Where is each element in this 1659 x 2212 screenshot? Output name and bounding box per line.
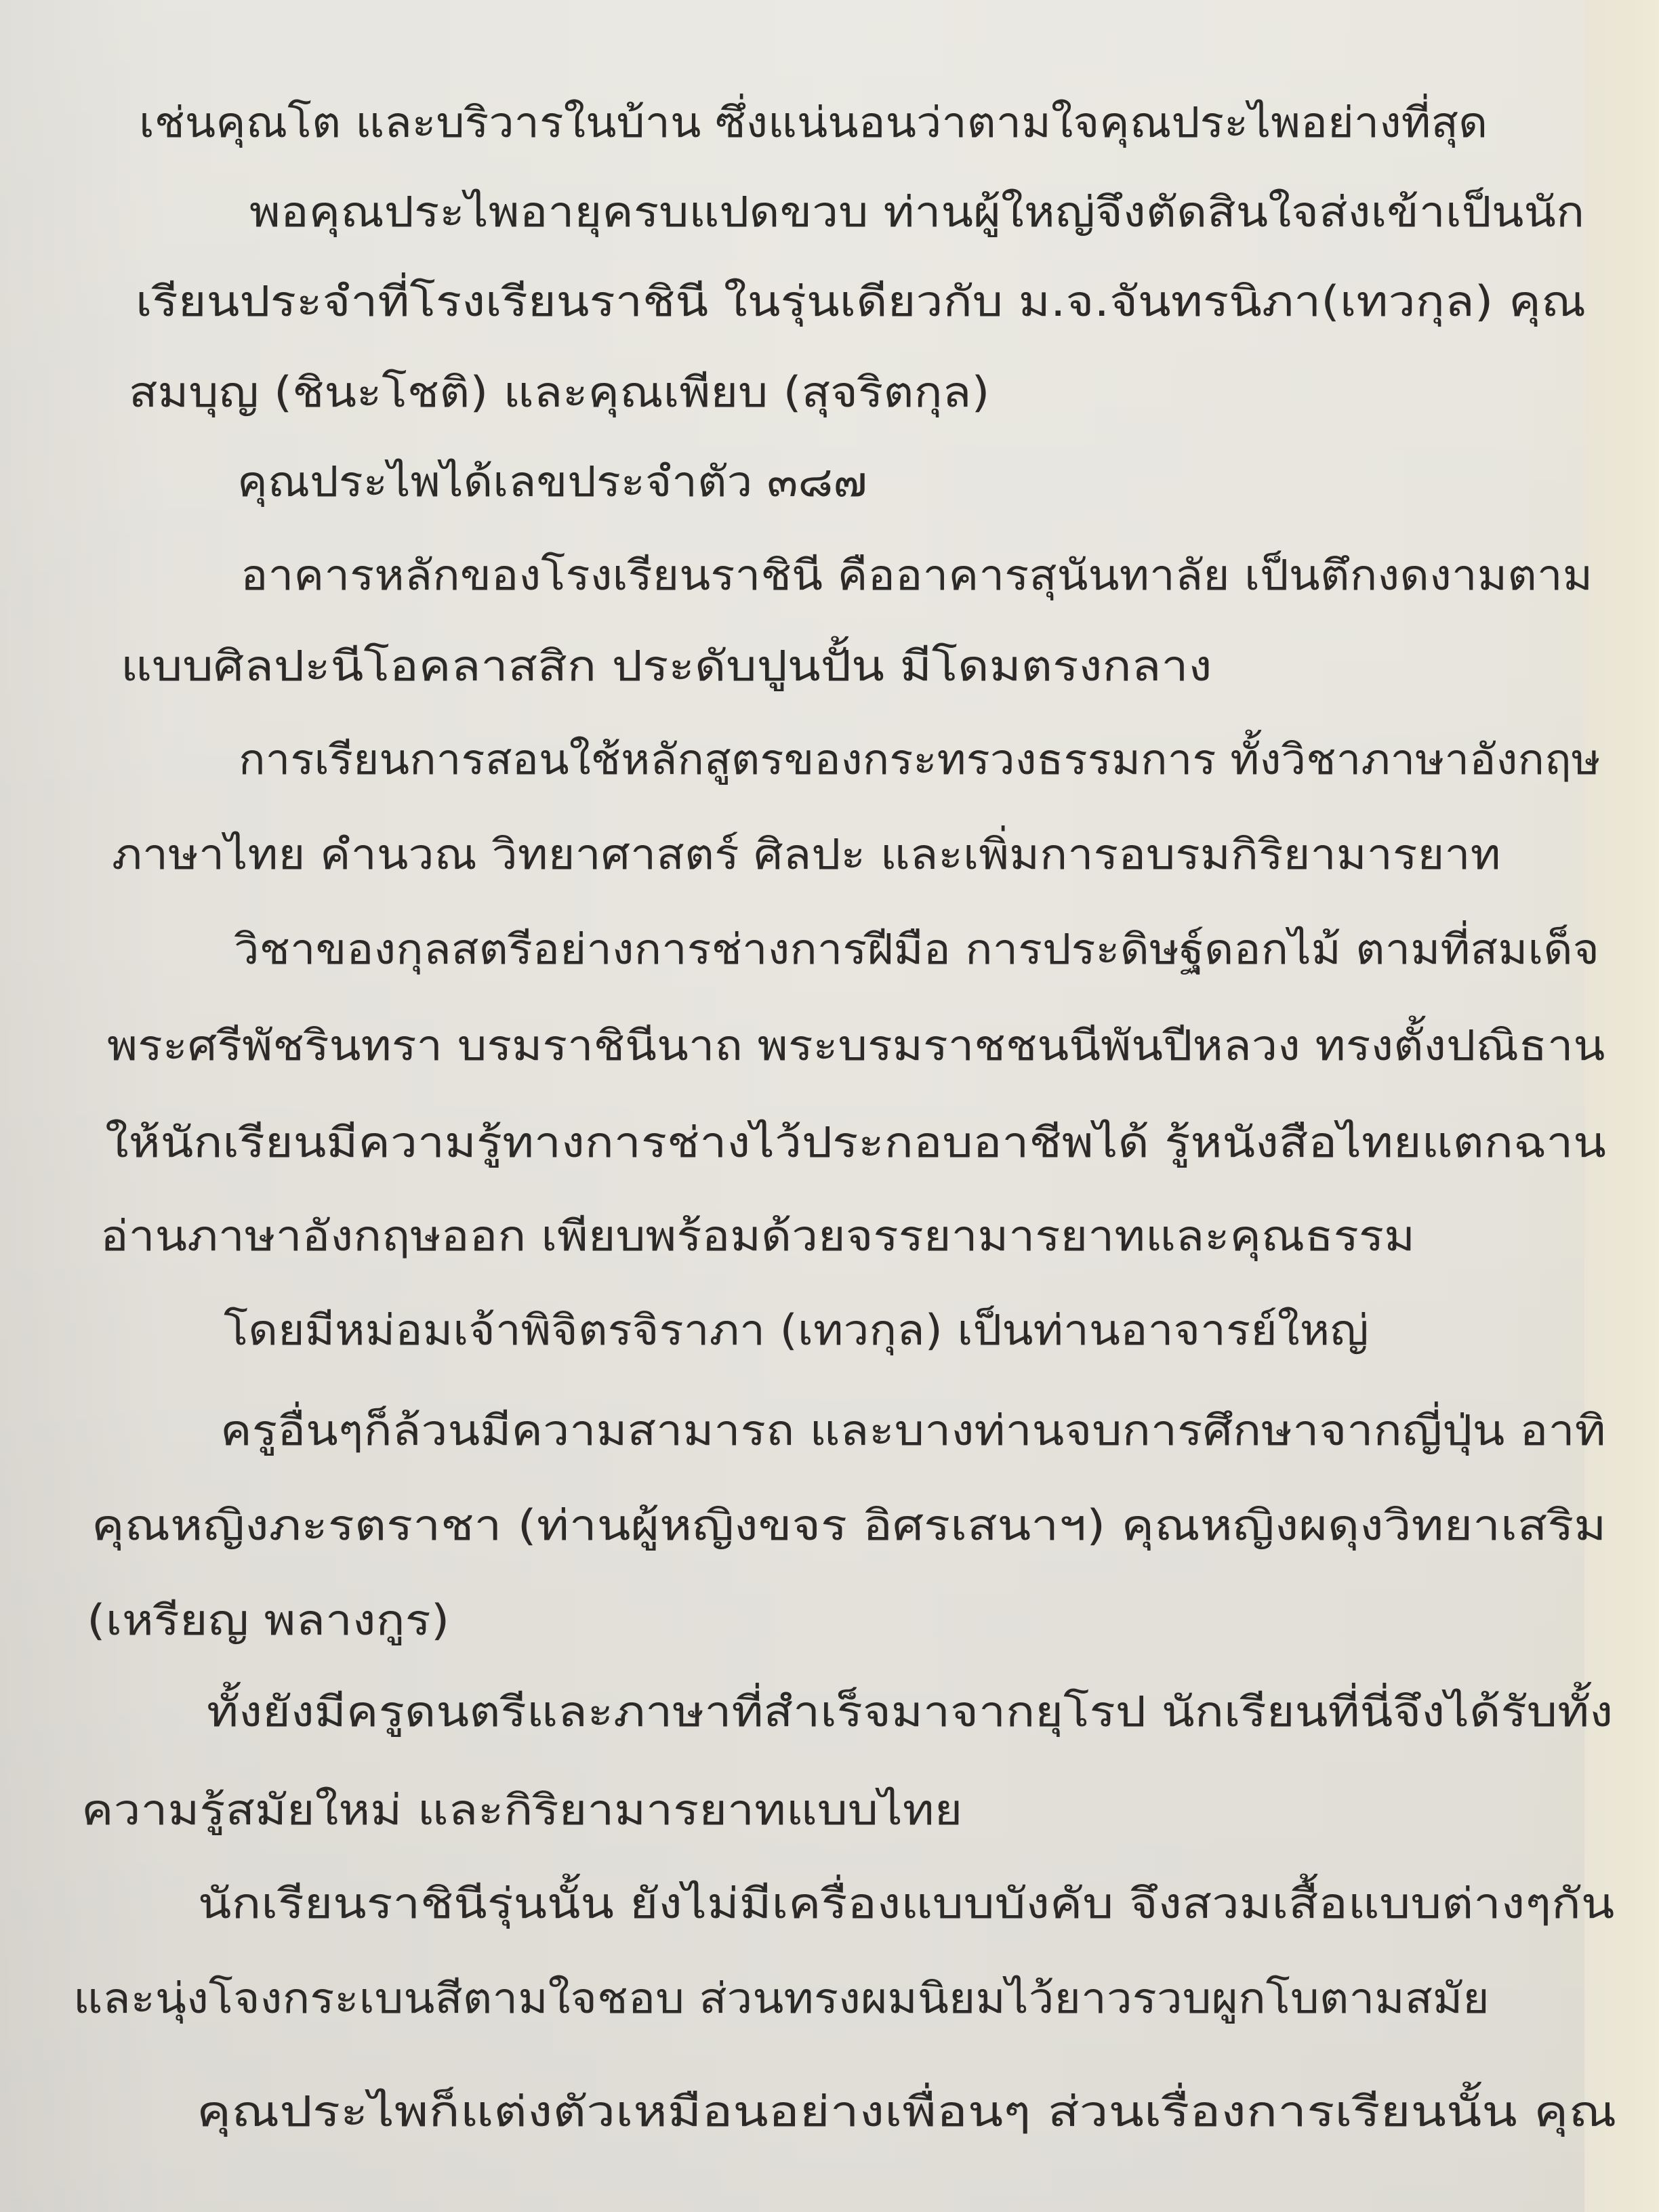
text-line: และนุ่งโจงกระเบนสีตามใจชอบ ส่วนทรงผมนิยม… [73,1978,1490,2020]
text-line: (เหรียญ พลางกูร) [87,1599,449,1641]
text-line: นักเรียนราชินีรุ่นนั้น ยังไม่มีเครื่องแบ… [198,1883,1614,1925]
text-line: คุณประไพได้เลขประจำตัว ๓๘๗ [237,461,867,503]
text-line: ทั้งยังมีครูดนตรีและภาษาที่สำเร็จมาจากยุ… [207,1691,1613,1733]
text-line: ความรู้สมัยใหม่ และกิริยามารยาทแบบไทย [81,1789,962,1831]
book-page-text: เช่นคุณโต และบริวารในบ้าน ซึ่งแน่นอนว่าต… [0,0,1659,2212]
text-line: เรียนประจำที่โรงเรียนราชินี ในรุ่นเดียวก… [136,281,1586,323]
text-line: อ่านภาษาอังกฤษออก เพียบพร้อมด้วยจรรยามาร… [100,1215,1415,1257]
text-line: เช่นคุณโต และบริวารในบ้าน ซึ่งแน่นอนว่าต… [139,102,1488,144]
text-line: คุณประไพก็แต่งตัวเหมือนอย่างเพื่อนๆ ส่วน… [197,2091,1616,2133]
text-line: สมบุญ (ชินะโชติ) และคุณเพียบ (สุจริตกุล) [129,371,990,413]
text-line: แบบศิลปะนีโอคลาสสิก ประดับปูนปั้น มีโดมต… [121,645,1212,687]
text-line: การเรียนการสอนใช้หลักสูตรของกระทรวงธรรมก… [239,739,1601,781]
text-line: ภาษาไทย คำนวณ วิทยาศาสตร์ ศิลปะ และเพิ่ม… [112,834,1501,876]
text-line: คุณหญิงภะรตราชา (ท่านผู้หญิงขจร อิศรเสนา… [91,1504,1606,1547]
text-line: พอคุณประไพอายุครบแปดขวบ ท่านผู้ใหญ่จึงตั… [249,191,1584,233]
text-line: ครูอื่นๆก็ล้วนมีความสามารถ และบางท่านจบก… [220,1410,1606,1452]
text-line: โดยมีหม่อมเจ้าพิจิตรจิราภา (เทวกุล) เป็น… [224,1309,1369,1351]
text-line: ให้นักเรียนมีความรู้ทางการช่างไว้ประกอบอ… [105,1122,1606,1164]
text-line: อาคารหลักของโรงเรียนราชินี คืออาคารสุนัน… [241,554,1593,596]
text-line: พระศรีพัชรินทรา บรมราชินีนาถ พระบรมราชชน… [107,1025,1605,1067]
text-line: วิชาของกุลสตรีอย่างการช่างการฝีมือ การปร… [234,928,1599,970]
